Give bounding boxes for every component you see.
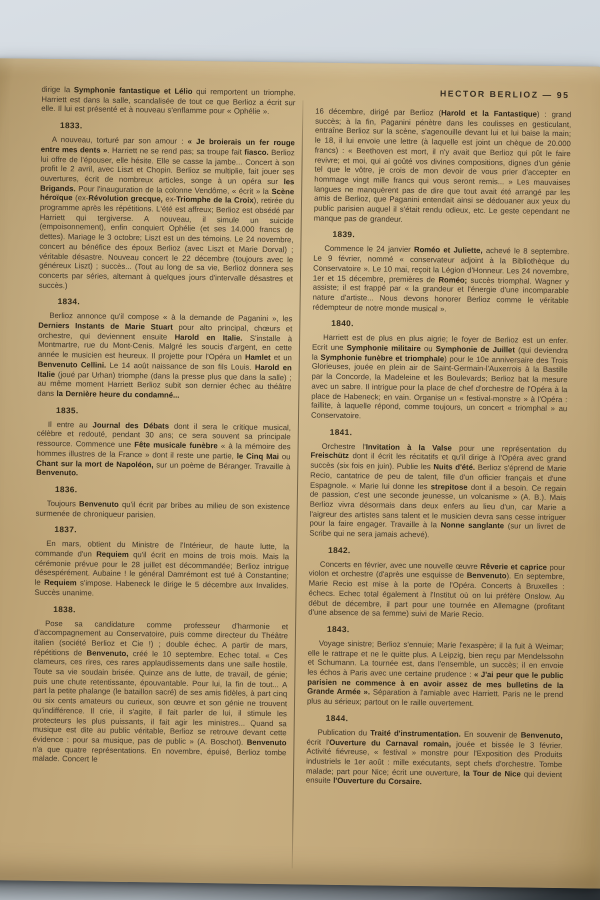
paragraph: Toujours Benvenuto qu'il écrit par bribe… [36, 499, 290, 522]
paragraph: Concerts en février, avec une nouvelle œ… [308, 559, 565, 621]
paragraph: Commence le 24 janvier Roméo et Juliette… [312, 244, 569, 315]
year-heading: 1836. [55, 485, 290, 498]
paragraph: Pose sa candidature comme professeur d'h… [32, 618, 288, 767]
year-heading: 1835. [56, 406, 291, 419]
year-heading: 1842. [328, 546, 565, 559]
paragraph: 16 décembre, dirigé par Berlioz (Harold … [314, 107, 572, 227]
paragraph: Voyage sinistre; Berlioz s'ennuie; Marie… [307, 638, 564, 709]
year-heading: 1844. [326, 714, 563, 727]
paragraph: dirige la Symphonie fantastique et Lélio… [41, 85, 295, 118]
paragraph: Harriett est de plus en plus aigrie; le … [311, 333, 568, 424]
paragraph: A nouveau, torturé par son amour : « Je … [39, 135, 295, 294]
year-heading: 1839. [332, 230, 569, 243]
paragraph: Publication du Traité d'instrumentation.… [306, 727, 563, 789]
page-header: HECTOR BERLIOZ — 95 [315, 87, 569, 101]
year-heading: 1834. [58, 297, 293, 310]
year-heading: 1840. [331, 319, 568, 332]
left-column: dirige la Symphonie fantastique et Lélio… [32, 85, 295, 769]
year-heading: 1833. [60, 121, 295, 134]
paragraph: En mars, obtient du Ministre de l'Intéri… [34, 539, 289, 601]
right-column: HECTOR BERLIOZ — 95 16 décembre, dirigé … [306, 87, 572, 791]
year-heading: 1838. [53, 605, 288, 618]
year-heading: 1841. [330, 428, 567, 441]
paragraph: Berlioz annonce qu'il compose « à la dem… [37, 311, 292, 402]
book-page: dirige la Symphonie fantastique et Lélio… [0, 58, 600, 889]
year-heading: 1843. [327, 625, 564, 638]
year-heading: 1837. [54, 525, 289, 538]
paragraph: Il entre au Journal des Débats dont il s… [36, 419, 291, 481]
paragraph: Orchestre l'Invitation à la Valse pour u… [309, 441, 566, 542]
